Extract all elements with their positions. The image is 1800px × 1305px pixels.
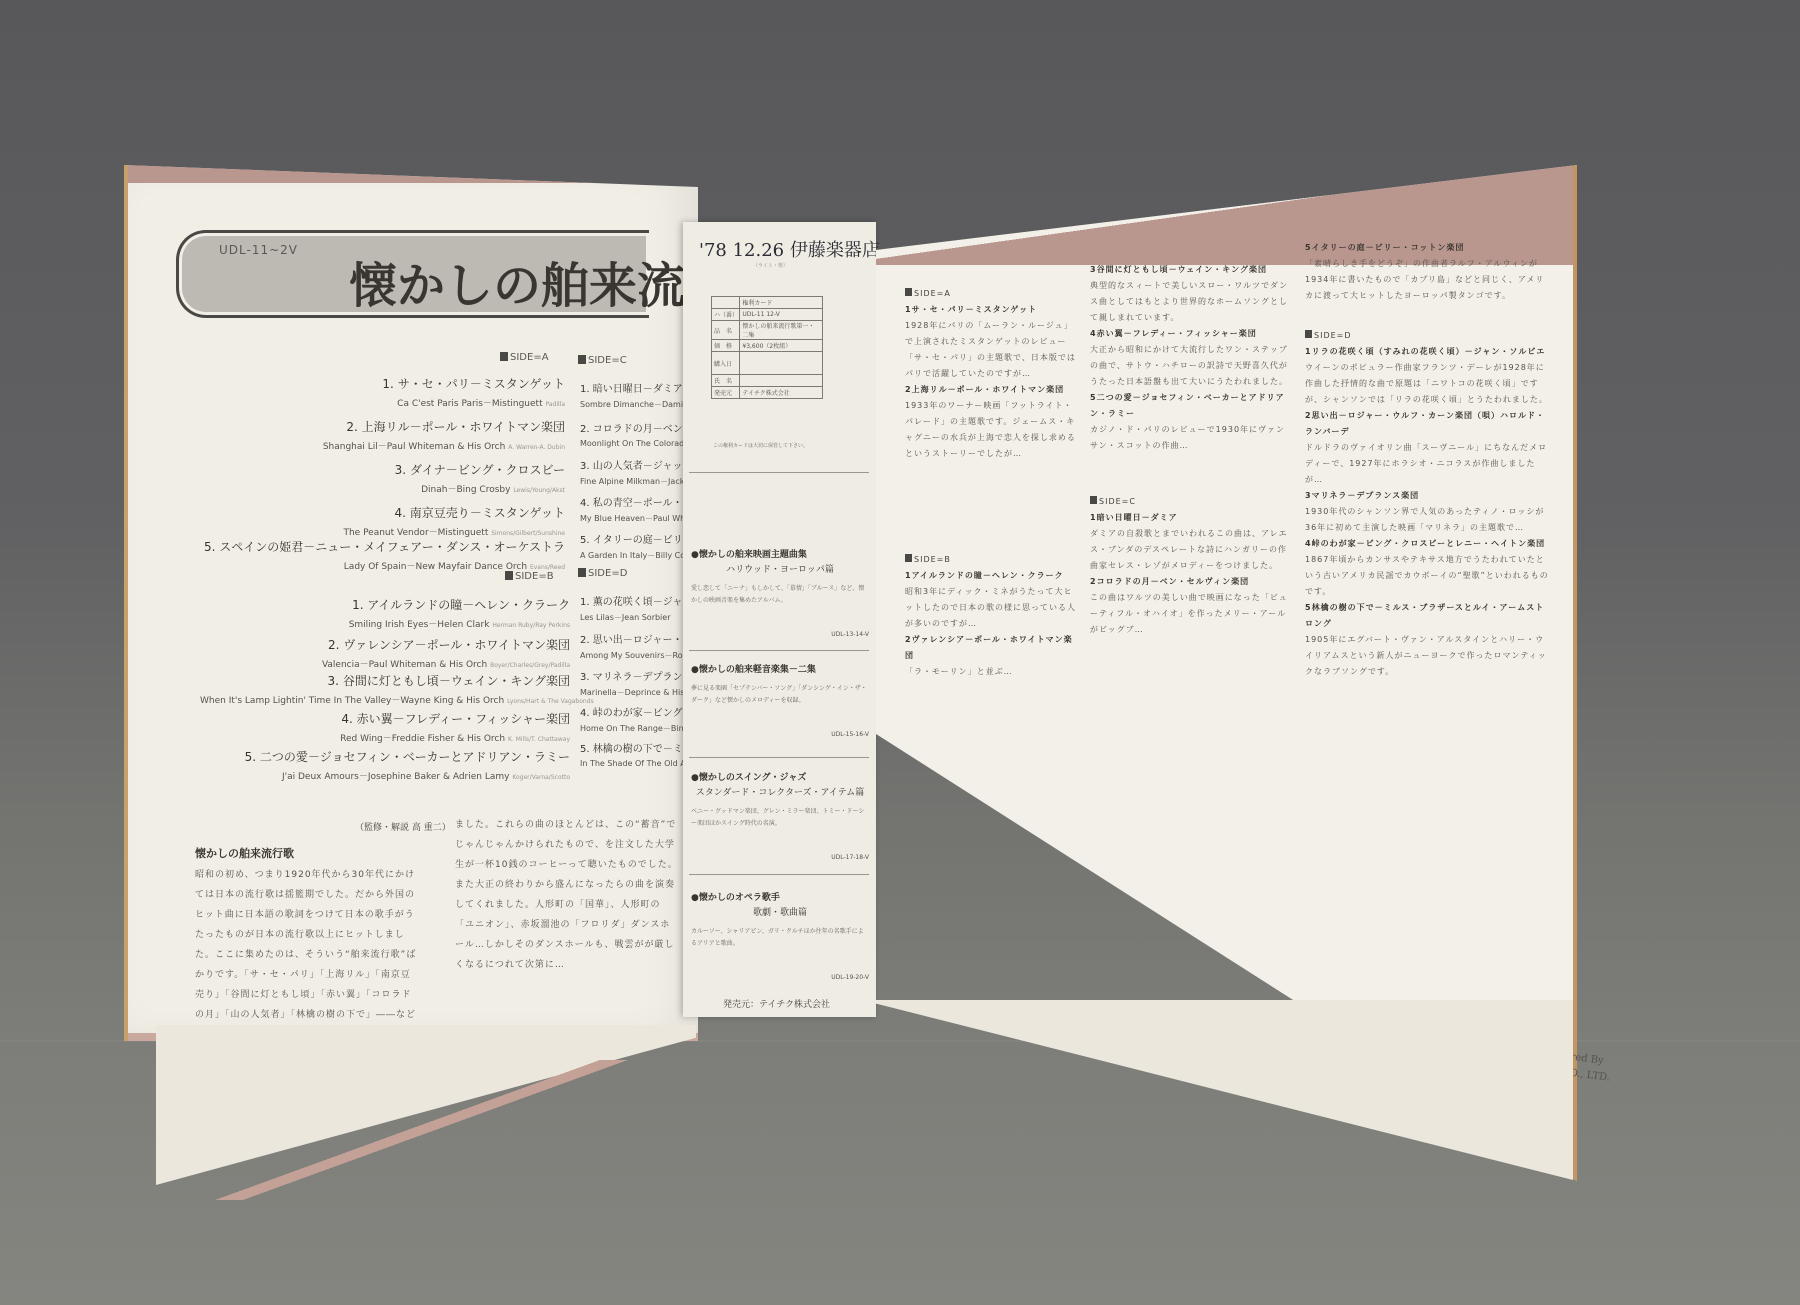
liner-credit: （監修・解説 高 重二） [355, 820, 451, 833]
publisher-name: 発売元：テイチク株式会社 [723, 997, 830, 1010]
square-bullet-icon [578, 568, 586, 577]
track-list-item: 4. 赤い翼－フレディー・フィッシャー楽団 Red Wing－Freddie F… [200, 710, 570, 744]
liner-body-column-2: ました。これらの曲のほとんどは、この“蓄音”でじゃんじゃんかけられたもので、を注… [455, 815, 680, 1040]
divider [689, 874, 869, 875]
track-list-item: 2. 思い出－ロジャー・ウル Among My Souvenirs－Roge [580, 631, 700, 661]
divider [689, 650, 869, 651]
dealer-stamp: '78 12.26 伊藤楽器店 [699, 236, 880, 262]
track-list-item: 5. 林檎の樹の下で－ミルス In The Shade Of The Old A… [580, 740, 700, 768]
catalog-number: UDL-11~2V [219, 243, 298, 257]
track-list-item: 1. アイルランドの瞳－ヘレン・クラーク Smiling Irish Eyes－… [200, 596, 570, 630]
square-bullet-icon [578, 355, 586, 364]
track-list-item: 3. 山の人気者－ジャック・ Fine Alpine Milkman－Jack [580, 457, 700, 487]
ad-block: ●懐かしのオペラ歌手 歌劇・歌曲篇 カルーソー、シャリアピン、ガリ・クルチほか往… [691, 890, 869, 981]
track-list-item: 1. サ・セ・パリ－ミスタンゲット Ca C'est Paris Paris－M… [195, 375, 565, 409]
track-list-item: 4. 峠のわが家－ビング・ク Home On The Range－Bing [580, 704, 700, 734]
divider [689, 472, 869, 473]
liner-body: 昭和の初め、つまり1920年代から30年代にかけては日本の流行歌は揺籃期でした。… [195, 865, 420, 1040]
divider [689, 757, 869, 758]
track-list-item: 1. 薫の花咲く頃－ジャン・ Les Lilas－Jean Sorbier [580, 593, 700, 623]
track-list-item: 5. イタリーの庭－ビリー・ A Garden In Italy－Billy C… [580, 531, 700, 561]
liner-heading: 懐かしの舶来流行歌 [195, 845, 294, 861]
track-list-item: 1. 暗い日曜日－ダミア Sombre Dimanche－Damia [580, 380, 700, 410]
track-list-item: 2. ヴァレンシア－ポール・ホワイトマン楽団 Valencia－Paul Whi… [200, 636, 570, 670]
square-bullet-icon [500, 352, 508, 361]
ad-block: ●懐かしの舶来映画主題曲集 ハリウッド・ヨーロッパ篇 愛し恋して「ニーナ」もしか… [691, 547, 869, 638]
sleeve-top-edge [128, 165, 698, 183]
side-c-label: SIDE=C [578, 355, 627, 366]
album-title: 懐かしの舶来流行 [349, 247, 733, 316]
side-a-label: SIDE=A [500, 352, 549, 363]
square-bullet-icon [505, 571, 513, 580]
rights-card-table: 権利カード ハ（番）UDL-11 12-V 品 名懐かしの舶来流行歌第一・二集 … [711, 296, 823, 399]
side-d-label: SIDE=D [578, 568, 627, 579]
liner-column-3: 5イタリーの庭－ビリー・コットン楽団 「素晴らしき手をどうぞ」の作曲者ラルフ・ア… [1305, 240, 1550, 680]
liner-column-2: 3谷間に灯ともし頃－ウェイン・キング楽団 典型的なスィートで美しいスロー・ワルツ… [1090, 262, 1290, 638]
liner-column-1: SIDE=A 1サ・セ・パリ－ミスタンゲット 1928年にパリの「ムーラン・ルー… [905, 280, 1080, 680]
track-list-item: 2. コロラドの月－ベン・セ Moonlight On The Colorado [580, 420, 700, 448]
advert-insert-card: '78 12.26 伊藤楽器店 （ライト・楽） 権利カード ハ（番）UDL-11… [683, 222, 876, 1017]
ad-block: ●懐かしのスイング・ジャズ スタンダード・コレクターズ・アイテム篇 ベニー・グッ… [691, 770, 869, 861]
card-note: この権利カードは大切に保管して下さい。 [713, 442, 808, 449]
track-list-item: 2. 上海リル－ポール・ホワイトマン楽団 Shanghai Lil－Paul W… [195, 418, 565, 452]
track-list-item: 4. 南京豆売り－ミスタンゲット The Peanut Vendor－Misti… [195, 504, 565, 538]
track-list-item: 3. 谷間に灯ともし頃－ウェイン・キング楽団 When It's Lamp Li… [200, 672, 570, 706]
track-list-item: 5. 二つの愛－ジョセフィン・ベーカーとアドリアン・ラミー J'ai Deux … [200, 748, 570, 782]
track-list-item: 4. 私の青空－ポール・ホワ My Blue Heaven－Paul Wh [580, 494, 700, 524]
track-list-item: 3. ダイナ－ビング・クロスビー Dinah－Bing Crosby Lewis… [195, 461, 565, 495]
ad-block: ●懐かしの舶来軽音楽集－二集 夢に見る楽園「セプテンバー・ソング」「ダンシング・… [691, 662, 869, 738]
track-list-item: 5. スペインの姫君－ニュー・メイフェアー・ダンス・オーケストラ Lady Of… [195, 538, 565, 572]
side-b-label: SIDE=B [505, 571, 554, 582]
right-panel-lower-fold [876, 1000, 1573, 1180]
sleeve-bottom-edge [156, 1060, 696, 1200]
track-list-item: 3. マリネラ－デプランス楽 Marinella－Deprince & His [580, 668, 700, 698]
album-title-banner: UDL-11~2V 懐かしの舶来流行 [176, 230, 649, 318]
